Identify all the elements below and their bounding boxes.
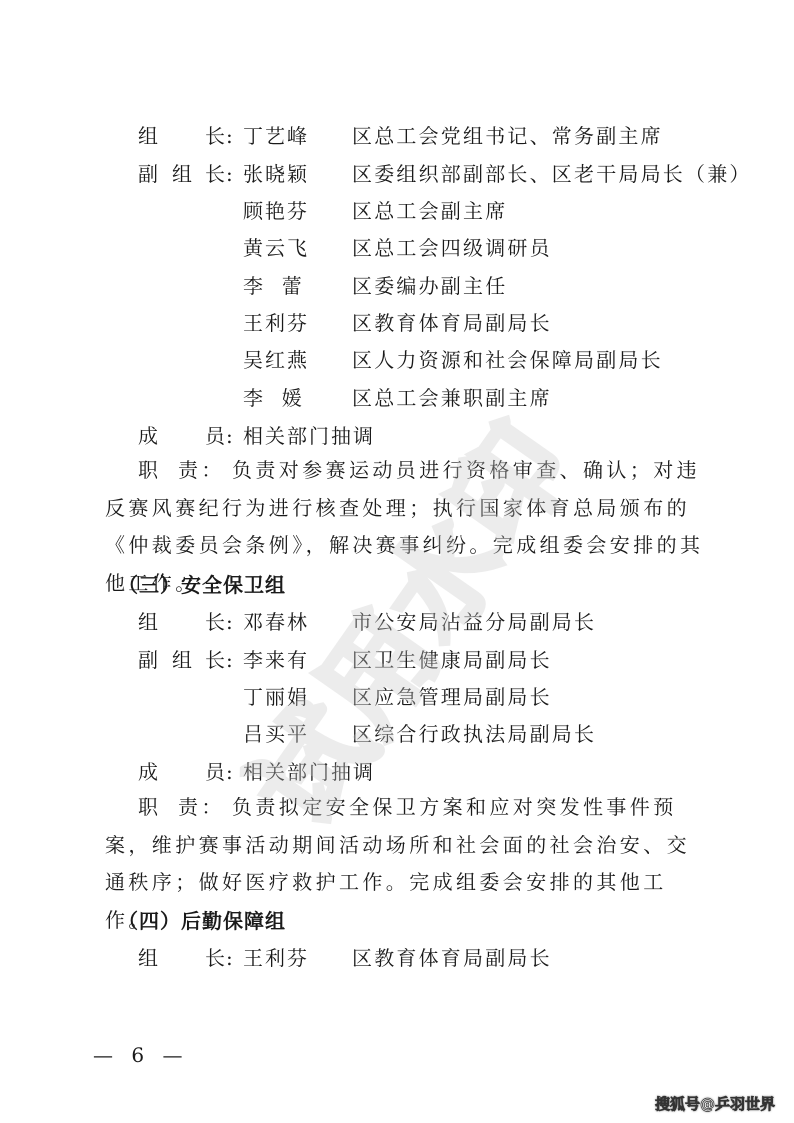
colon: : <box>226 421 233 451</box>
person-name: 吴红燕 <box>243 345 309 375</box>
role-label: 长 <box>205 645 225 675</box>
person-name: 李 蕾 <box>243 271 304 301</box>
duty-label: 责： <box>178 789 232 827</box>
role-label: 员 <box>205 757 225 787</box>
person-name: 邓春林 <box>243 607 309 637</box>
role-label: 成 <box>138 421 158 451</box>
role-label: 组 <box>138 121 158 151</box>
person-title: 区教育体育局副局长 <box>352 943 552 973</box>
person-title: 区总工会兼职副主席 <box>352 383 552 413</box>
section-heading: （四）后勤保障组 <box>118 906 286 936</box>
person-name: 吕买平 <box>243 719 309 749</box>
person-title: 区教育体育局副局长 <box>352 308 552 338</box>
role-label: 组 <box>138 943 158 973</box>
person-title: 区综合行政执法局副局长 <box>352 719 596 749</box>
colon: : <box>226 121 233 151</box>
person-name: 王利芬 <box>243 943 309 973</box>
page-number: — 6 — <box>93 1040 188 1070</box>
role-label: 组 <box>172 645 192 675</box>
document-page: 组 长 : 丁艺峰 区总工会党组书记、常务副主席 副 组 长 : 张晓颖 区委组… <box>0 0 794 1123</box>
person-name: 顾艳芬 <box>243 196 309 226</box>
person-title: 区总工会四级调研员 <box>352 233 552 263</box>
source-tag: 搜狐号@乒羽世界 <box>655 1093 775 1114</box>
duty-label: 责： <box>178 452 232 490</box>
person-title: 区人力资源和社会保障局副局长 <box>352 345 663 375</box>
person-title: 市公安局沾益分局副局长 <box>352 607 596 637</box>
person-title: 区卫生健康局副局长 <box>352 645 552 675</box>
role-label: 组 <box>138 607 158 637</box>
role-label: 组 <box>172 159 192 189</box>
person-name: 王利芬 <box>243 308 309 338</box>
person-title: 区应急管理局副局长 <box>352 682 552 712</box>
colon: : <box>226 757 233 787</box>
role-label: 长 <box>205 121 225 151</box>
person-name: 李来有 <box>243 645 309 675</box>
colon: : <box>226 943 233 973</box>
person-name: 黄云飞 <box>243 233 309 263</box>
colon: : <box>226 645 233 675</box>
section-heading: （三）安全保卫组 <box>118 570 286 600</box>
role-label: 长 <box>205 159 225 189</box>
members-value: 相关部门抽调 <box>243 757 375 787</box>
role-label: 成 <box>138 757 158 787</box>
role-label: 长 <box>205 943 225 973</box>
person-title: 区总工会党组书记、常务副主席 <box>352 121 663 151</box>
duty-label: 职 <box>138 789 178 827</box>
colon: : <box>226 159 233 189</box>
person-title: 区委编办副主任 <box>352 271 507 301</box>
duty-label: 职 <box>138 452 178 490</box>
colon: : <box>226 607 233 637</box>
role-label: 副 <box>138 159 158 189</box>
person-title: 区总工会副主席 <box>352 196 507 226</box>
person-name: 张晓颖 <box>243 159 309 189</box>
role-label: 长 <box>205 607 225 637</box>
person-name: 丁艺峰 <box>243 121 309 151</box>
person-name: 丁丽娟 <box>243 682 309 712</box>
person-title: 区委组织部副部长、区老干局局长（兼） <box>352 159 752 189</box>
role-label: 副 <box>138 645 158 675</box>
members-value: 相关部门抽调 <box>243 421 375 451</box>
role-label: 员 <box>205 421 225 451</box>
person-name: 李 媛 <box>243 383 304 413</box>
